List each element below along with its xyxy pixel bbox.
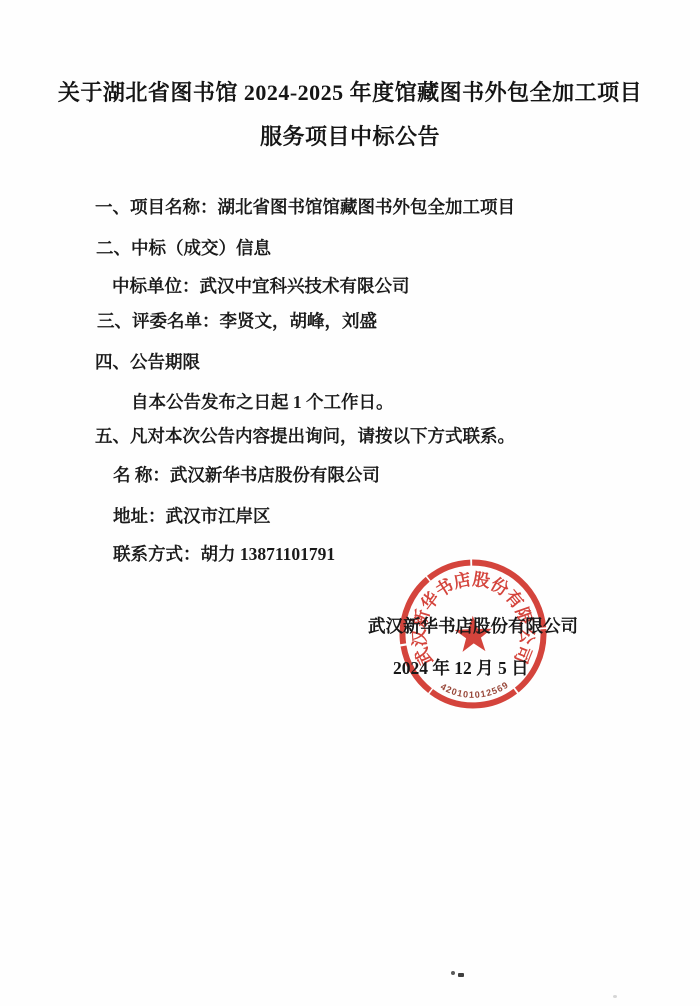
body-line-contact-phone: 联系方式：胡力 13871101791 bbox=[113, 544, 335, 565]
body-line-contact-intro: 五、凡对本次公告内容提出询问，请按以下方式联系。 bbox=[95, 426, 515, 447]
body-line-winning-bidder: 中标单位：武汉中宜科兴技术有限公司 bbox=[112, 276, 410, 297]
document-title-line-1: 关于湖北省图书馆 2024-2025 年度馆藏图书外包全加工项目 bbox=[0, 80, 700, 106]
body-line-announcement-period-heading: 四、公告期限 bbox=[95, 352, 200, 373]
body-line-judges-list: 三、评委名单：李贤文，胡峰，刘盛 bbox=[97, 311, 377, 332]
body-line-announcement-period: 自本公告发布之日起 1 个工作日。 bbox=[131, 392, 394, 413]
scan-speckle bbox=[458, 973, 464, 977]
document-page: 关于湖北省图书馆 2024-2025 年度馆藏图书外包全加工项目 服务项目中标公… bbox=[0, 0, 700, 1006]
scan-speckle bbox=[451, 971, 455, 975]
signature-company: 武汉新华书店股份有限公司 bbox=[368, 616, 578, 637]
body-line-contact-name: 名 称：武汉新华书店股份有限公司 bbox=[113, 465, 380, 486]
signature-date: 2024 年 12 月 5 日 bbox=[393, 658, 529, 679]
document-title-line-2: 服务项目中标公告 bbox=[0, 124, 700, 150]
scan-speckle bbox=[613, 995, 617, 998]
body-line-project-name: 一、项目名称：湖北省图书馆馆藏图书外包全加工项目 bbox=[95, 197, 515, 218]
body-line-award-info-heading: 二、中标（成交）信息 bbox=[96, 238, 271, 259]
body-line-contact-address: 地址：武汉市江岸区 bbox=[113, 506, 271, 527]
